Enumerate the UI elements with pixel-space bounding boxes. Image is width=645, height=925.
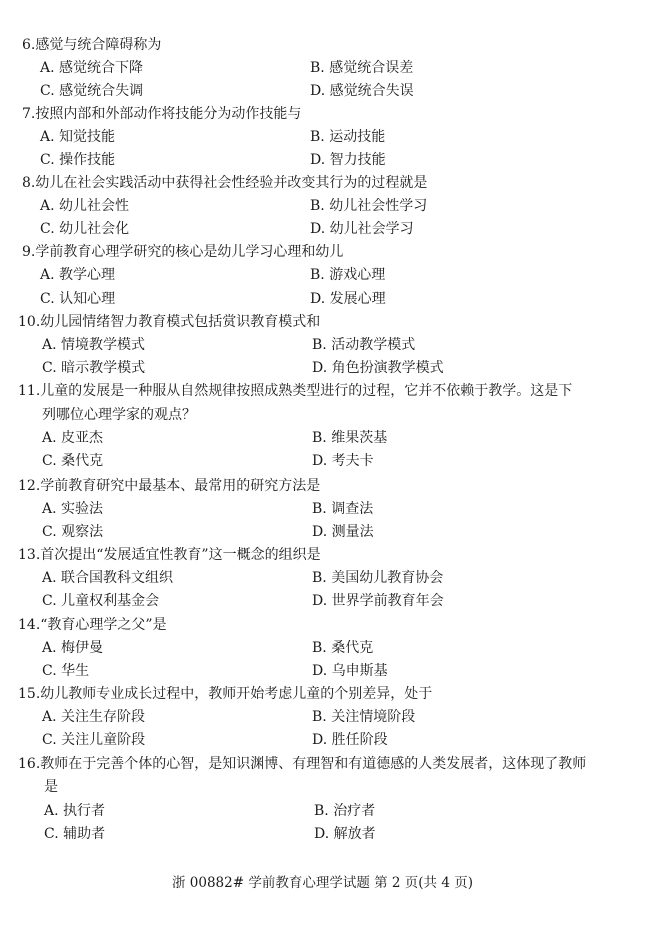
option-c: C. 桑代克 bbox=[42, 450, 103, 473]
exam-page: 6.感觉与统合障碍称为 A. 感觉统合下降 B. 感觉统合误差 C. 感觉统合失… bbox=[0, 0, 645, 925]
option-d: D. 感觉统合失误 bbox=[310, 80, 414, 103]
question-14: 14.“教育心理学之父”是 bbox=[18, 614, 618, 637]
option-a: A. 联合国教科文组织 bbox=[42, 567, 173, 590]
option-b: B. 活动教学模式 bbox=[312, 334, 415, 357]
question-8: 8.幼儿在社会实践活动中获得社会性经验并改变其行为的过程就是 bbox=[22, 172, 622, 195]
question-7: 7.按照内部和外部动作将技能分为动作技能与 bbox=[22, 103, 622, 126]
option-b: B. 桑代克 bbox=[312, 637, 373, 660]
option-a: A. 执行者 bbox=[44, 800, 105, 823]
question-16: 16.教师在于完善个体的心智，是知识渊博、有理智和有道德感的人类发展者，这体现了… bbox=[18, 753, 618, 776]
question-stem: 儿童的发展是一种服从自然规律按照成熟类型进行的过程，它并不依赖于教学。这是下 bbox=[40, 383, 572, 399]
option-a: A. 幼儿社会性 bbox=[40, 195, 129, 218]
option-c: C. 观察法 bbox=[42, 521, 103, 544]
option-a: A. 教学心理 bbox=[40, 264, 115, 287]
question-stem: 学前教育心理学研究的核心是幼儿学习心理和幼儿 bbox=[35, 244, 343, 260]
option-a: A. 梅伊曼 bbox=[42, 637, 103, 660]
option-b: B. 治疗者 bbox=[314, 800, 375, 823]
question-13: 13.首次提出“发展适宜性教育”这一概念的组织是 bbox=[18, 544, 618, 567]
option-c: C. 暗示教学模式 bbox=[42, 357, 145, 380]
question-stem: 按照内部和外部动作将技能分为动作技能与 bbox=[35, 106, 301, 122]
option-d: D. 智力技能 bbox=[310, 149, 386, 172]
question-stem: 幼儿教师专业成长过程中，教师开始考虑儿童的个别差异，处于 bbox=[40, 686, 432, 702]
option-b: B. 维果茨基 bbox=[312, 427, 387, 450]
question-stem: 幼儿园情绪智力教育模式包括赏识教育模式和 bbox=[40, 314, 320, 330]
option-a: A. 关注生存阶段 bbox=[42, 706, 145, 729]
page-footer: 浙 00882# 学前教育心理学试题 第 2 页(共 4 页) bbox=[0, 873, 645, 893]
option-c: C. 认知心理 bbox=[40, 288, 115, 311]
option-c: C. 幼儿社会化 bbox=[40, 218, 129, 241]
option-d: D. 发展心理 bbox=[310, 288, 386, 311]
question-stem-continued: 是 bbox=[44, 776, 58, 799]
option-b: B. 关注情境阶段 bbox=[312, 706, 415, 729]
option-d: D. 幼儿社会学习 bbox=[310, 218, 414, 241]
option-b: B. 调查法 bbox=[312, 498, 373, 521]
question-stem: 学前教育研究中最基本、最常用的研究方法是 bbox=[40, 478, 320, 494]
question-stem: 首次提出“发展适宜性教育”这一概念的组织是 bbox=[40, 547, 320, 563]
option-d: D. 乌申斯基 bbox=[312, 660, 388, 683]
option-d: D. 世界学前教育年会 bbox=[312, 590, 444, 613]
option-d: D. 考夫卡 bbox=[312, 450, 374, 473]
option-a: A. 情境教学模式 bbox=[42, 334, 145, 357]
option-b: B. 感觉统合误差 bbox=[310, 57, 413, 80]
option-b: B. 运动技能 bbox=[310, 126, 385, 149]
option-c: C. 感觉统合失调 bbox=[40, 80, 143, 103]
question-stem: 幼儿在社会实践活动中获得社会性经验并改变其行为的过程就是 bbox=[35, 175, 427, 191]
option-c: C. 操作技能 bbox=[40, 149, 115, 172]
option-a: A. 知觉技能 bbox=[40, 126, 115, 149]
option-d: D. 胜任阶段 bbox=[312, 729, 388, 752]
option-c: C. 儿童权利基金会 bbox=[42, 590, 159, 613]
question-10: 10.幼儿园情绪智力教育模式包括赏识教育模式和 bbox=[18, 311, 618, 334]
option-b: B. 幼儿社会性学习 bbox=[310, 195, 427, 218]
option-a: A. 实验法 bbox=[42, 498, 103, 521]
option-c: C. 辅助者 bbox=[44, 823, 105, 846]
option-d: D. 角色扮演教学模式 bbox=[312, 357, 444, 380]
option-b: B. 游戏心理 bbox=[310, 264, 385, 287]
question-stem: 感觉与统合障碍称为 bbox=[35, 37, 161, 53]
question-stem-continued: 列哪位心理学家的观点？ bbox=[42, 404, 196, 427]
question-11: 11.儿童的发展是一种服从自然规律按照成熟类型进行的过程，它并不依赖于教学。这是… bbox=[18, 380, 618, 403]
question-12: 12.学前教育研究中最基本、最常用的研究方法是 bbox=[18, 475, 618, 498]
question-15: 15.幼儿教师专业成长过程中，教师开始考虑儿童的个别差异，处于 bbox=[18, 683, 618, 706]
question-stem: 教师在于完善个体的心智，是知识渊博、有理智和有道德感的人类发展者，这体现了教师 bbox=[40, 756, 586, 772]
option-c: C. 关注儿童阶段 bbox=[42, 729, 145, 752]
option-a: A. 感觉统合下降 bbox=[40, 57, 143, 80]
option-a: A. 皮亚杰 bbox=[42, 427, 103, 450]
option-d: D. 解放者 bbox=[314, 823, 376, 846]
question-9: 9.学前教育心理学研究的核心是幼儿学习心理和幼儿 bbox=[22, 241, 622, 264]
question-stem: “教育心理学之父”是 bbox=[40, 617, 166, 633]
question-6: 6.感觉与统合障碍称为 bbox=[22, 34, 622, 57]
option-d: D. 测量法 bbox=[312, 521, 374, 544]
option-c: C. 华生 bbox=[42, 660, 89, 683]
option-b: B. 美国幼儿教育协会 bbox=[312, 567, 443, 590]
